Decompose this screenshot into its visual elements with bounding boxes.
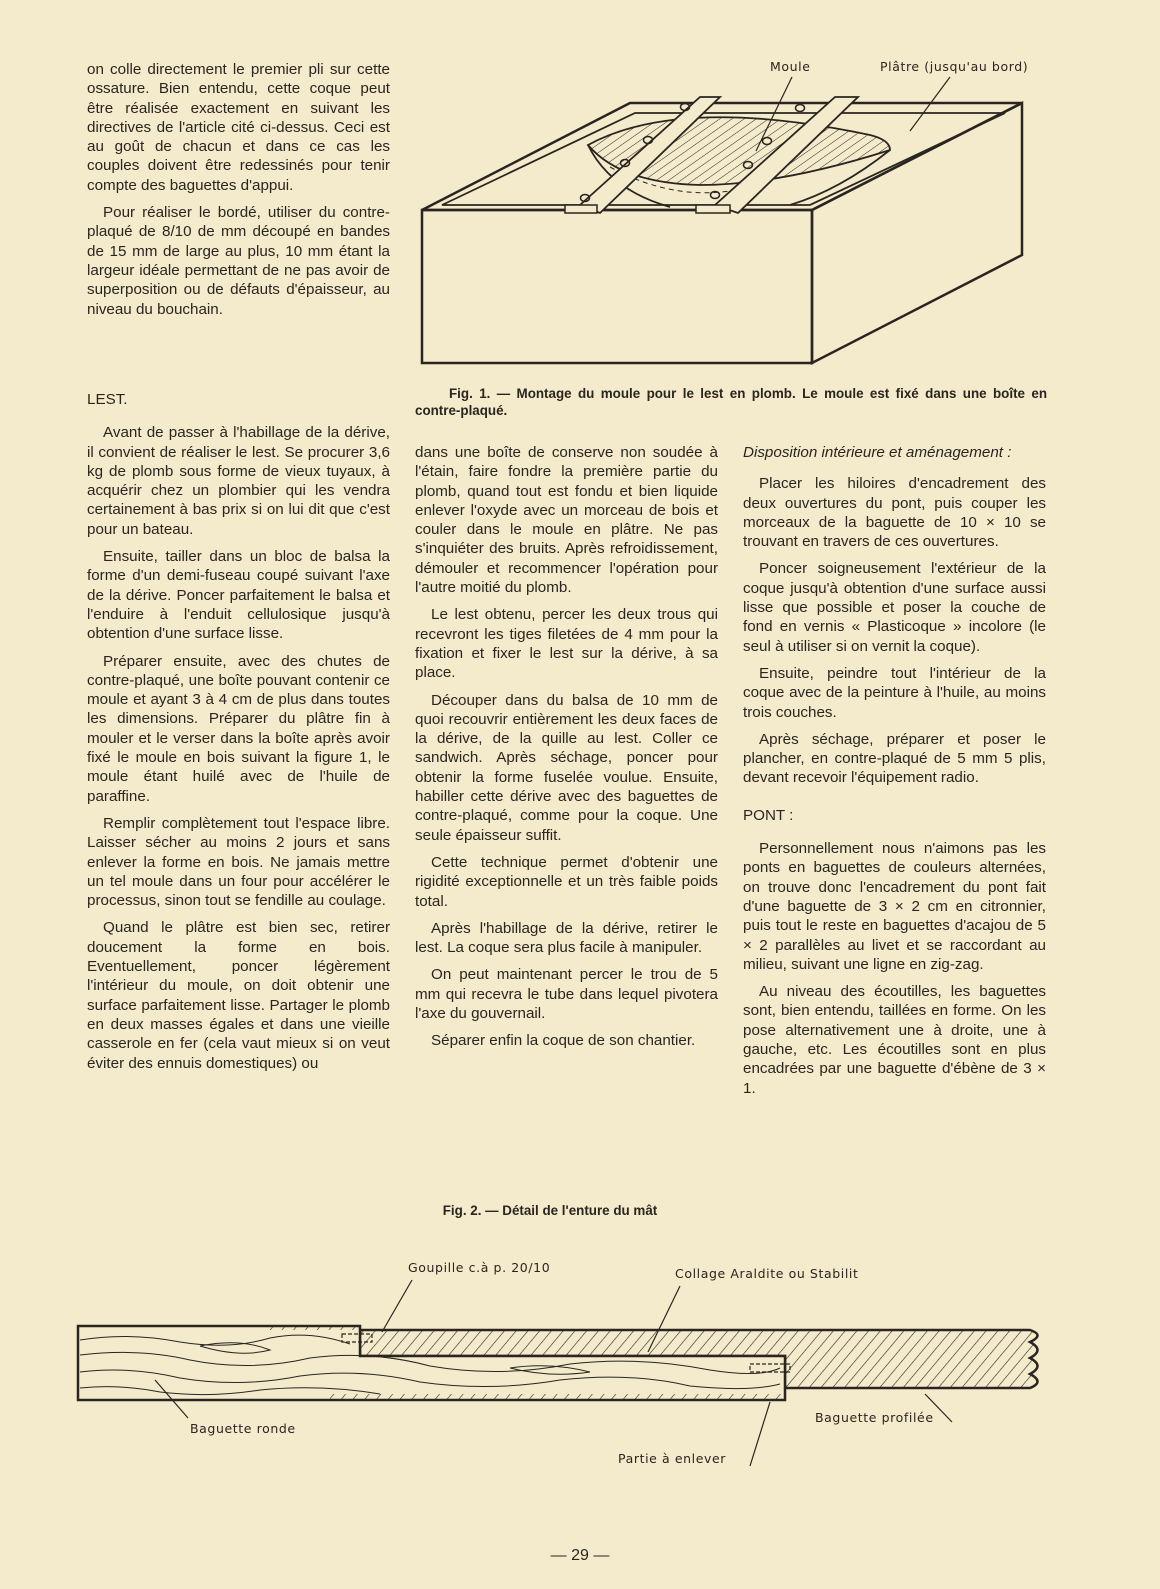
paragraph: Ensuite, peindre tout l'intérieur de la … bbox=[743, 664, 1046, 722]
label-baguette-ronde: Baguette ronde bbox=[190, 1421, 296, 1436]
paragraph: Remplir complètement tout l'espace libre… bbox=[87, 814, 390, 910]
figure-1-mold-box: Moule Plâtre (jusqu'au bord) bbox=[420, 55, 1050, 375]
paragraph: Cette technique permet d'obtenir une rig… bbox=[415, 853, 718, 911]
paragraph: Pour réaliser le bordé, utiliser du cont… bbox=[87, 203, 390, 319]
section-heading-lest: LEST. bbox=[87, 390, 390, 409]
label-partie-enlever: Partie à enlever bbox=[618, 1451, 726, 1466]
column-2: dans une boîte de conserve non soudée à … bbox=[415, 443, 718, 1059]
paragraph: Après séchage, préparer et poser le plan… bbox=[743, 730, 1046, 788]
column-1-bottom: LEST. Avant de passer à l'habillage de l… bbox=[87, 390, 390, 1081]
paragraph: Placer les hiloires d'encadrement des de… bbox=[743, 474, 1046, 551]
paragraph: Personnellement nous n'aimons pas les po… bbox=[743, 839, 1046, 974]
paragraph: dans une boîte de conserve non soudée à … bbox=[415, 443, 718, 597]
figure-2-caption: Fig. 2. — Détail de l'enture du mât bbox=[350, 1202, 750, 1219]
paragraph: On peut maintenant percer le trou de 5 m… bbox=[415, 965, 718, 1023]
paragraph: Après l'habillage de la dérive, retirer … bbox=[415, 919, 718, 958]
paragraph: Quand le plâtre est bien sec, retirer do… bbox=[87, 918, 390, 1072]
label-moule: Moule bbox=[770, 59, 811, 74]
paragraph: Le lest obtenu, percer les deux trous qu… bbox=[415, 605, 718, 682]
paragraph: Découper dans du balsa de 10 mm de quoi … bbox=[415, 691, 718, 845]
figure-1-caption: Fig. 1. — Montage du moule pour le lest … bbox=[415, 385, 1047, 419]
paragraph: Séparer enfin la coque de son chantier. bbox=[415, 1031, 718, 1050]
page-number: — 29 — bbox=[500, 1547, 660, 1565]
figure-2-mast-joint: Goupille c.à p. 20/10 Collage Araldite o… bbox=[70, 1260, 1060, 1490]
paragraph: Poncer soigneusement l'extérieur de la c… bbox=[743, 559, 1046, 655]
paragraph: Avant de passer à l'habillage de la déri… bbox=[87, 423, 390, 539]
label-goupille: Goupille c.à p. 20/10 bbox=[408, 1260, 550, 1275]
section-heading-pont: PONT : bbox=[743, 806, 1046, 825]
paragraph: Ensuite, tailler dans un bloc de balsa l… bbox=[87, 547, 390, 643]
label-collage: Collage Araldite ou Stabilit bbox=[675, 1266, 858, 1281]
paragraph: on colle directement le premier pli sur … bbox=[87, 60, 390, 195]
subheading-disposition: Disposition intérieure et aménagement : bbox=[743, 443, 1046, 462]
paragraph: Préparer ensuite, avec des chutes de con… bbox=[87, 652, 390, 806]
column-1-top: on colle directement le premier pli sur … bbox=[87, 60, 390, 327]
label-platre: Plâtre (jusqu'au bord) bbox=[880, 59, 1028, 74]
column-3: Disposition intérieure et aménagement : … bbox=[743, 443, 1046, 1106]
label-baguette-profilee: Baguette profilée bbox=[815, 1410, 934, 1425]
paragraph: Au niveau des écoutilles, les baguettes … bbox=[743, 982, 1046, 1098]
